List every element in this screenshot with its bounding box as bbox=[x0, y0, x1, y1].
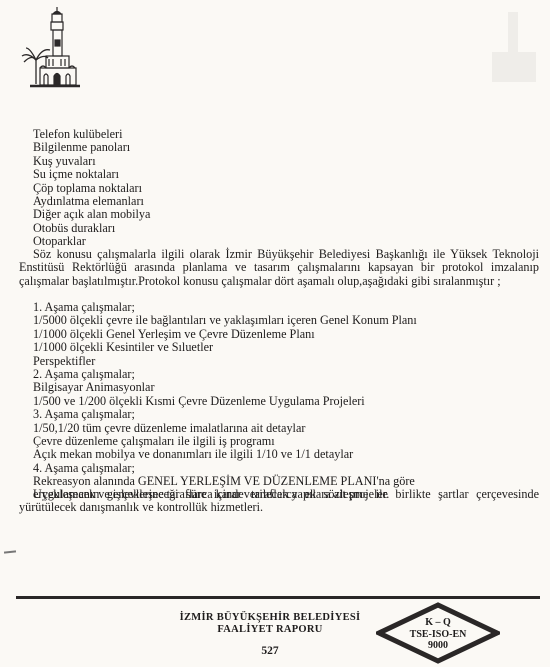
stage-item: 1/1000 ölçekli Kesintiler ve Sıluetler bbox=[33, 341, 417, 354]
bleed-through-mark bbox=[482, 6, 542, 90]
badge-line-1: K – Q bbox=[376, 617, 500, 629]
closing-text: Uygulamanın gerçekleşeceği süre içinde t… bbox=[19, 488, 539, 515]
stage-item: 1/500 ve 1/200 ölçekli Kısmi Çevre Düzen… bbox=[33, 395, 417, 408]
footer-report-title: FAALİYET RAPORU bbox=[170, 624, 370, 636]
list-item: Telefon kulübeleri bbox=[33, 128, 150, 141]
stage-item: 1/1000 ölçekli Genel Yerleşim ve Çevre D… bbox=[33, 328, 417, 341]
equipment-list: Telefon kulübeleri Bilgilenme panoları K… bbox=[33, 128, 150, 249]
badge-line-3: 9000 bbox=[376, 640, 500, 652]
footer-org: İZMİR BÜYÜKŞEHİR BELEDİYESİ FAALİYET RAP… bbox=[170, 612, 370, 636]
stage-heading: 4. Aşama çalışmalar; bbox=[33, 462, 417, 475]
scan-mark bbox=[4, 550, 16, 553]
list-item: Çöp toplama noktaları bbox=[33, 182, 150, 195]
footer-org-name: İZMİR BÜYÜKŞEHİR BELEDİYESİ bbox=[170, 612, 370, 624]
stage-item: Perspektifler bbox=[33, 355, 417, 368]
stage-item: Açık mekan mobilya ve donanımları ile il… bbox=[33, 448, 417, 461]
quality-badge: K – Q TSE-ISO-EN 9000 bbox=[376, 617, 500, 652]
list-item: Aydınlatma elemanları bbox=[33, 195, 150, 208]
stage-item: Çevre düzenleme çalışmaları ile ilgili i… bbox=[33, 435, 417, 448]
list-item: Otobüs durakları bbox=[33, 222, 150, 235]
stage-heading: 1. Aşama çalışmalar; bbox=[33, 301, 417, 314]
intro-paragraph: Söz konusu çalışmalarla ilgili olarak İz… bbox=[19, 248, 539, 288]
clock-tower-icon bbox=[18, 4, 98, 90]
stage-heading: 3. Aşama çalışmalar; bbox=[33, 408, 417, 421]
intro-text: Söz konusu çalışmalarla ilgili olarak İz… bbox=[19, 248, 539, 288]
list-item: Su içme noktaları bbox=[33, 168, 150, 181]
stage-item: 1/5000 ölçekli çevre ile bağlantıları ve… bbox=[33, 314, 417, 327]
stage-item: Bilgisayar Animasyonlar bbox=[33, 381, 417, 394]
footer-divider bbox=[16, 596, 540, 599]
stage-heading: 2. Aşama çalışmalar; bbox=[33, 368, 417, 381]
list-item: Kuş yuvaları bbox=[33, 155, 150, 168]
list-item: Diğer açık alan mobilya bbox=[33, 208, 150, 221]
stage-item: 1/50,1/20 tüm çevre düzenleme imalatları… bbox=[33, 422, 417, 435]
badge-line-2: TSE-ISO-EN bbox=[376, 629, 500, 641]
closing-paragraph: Uygulamanın gerçekleşeceği süre içinde t… bbox=[19, 488, 539, 515]
page-number: 527 bbox=[170, 645, 370, 657]
list-item: Bilgilenme panoları bbox=[33, 141, 150, 154]
stages-list: 1. Aşama çalışmalar; 1/5000 ölçekli çevr… bbox=[33, 301, 417, 502]
